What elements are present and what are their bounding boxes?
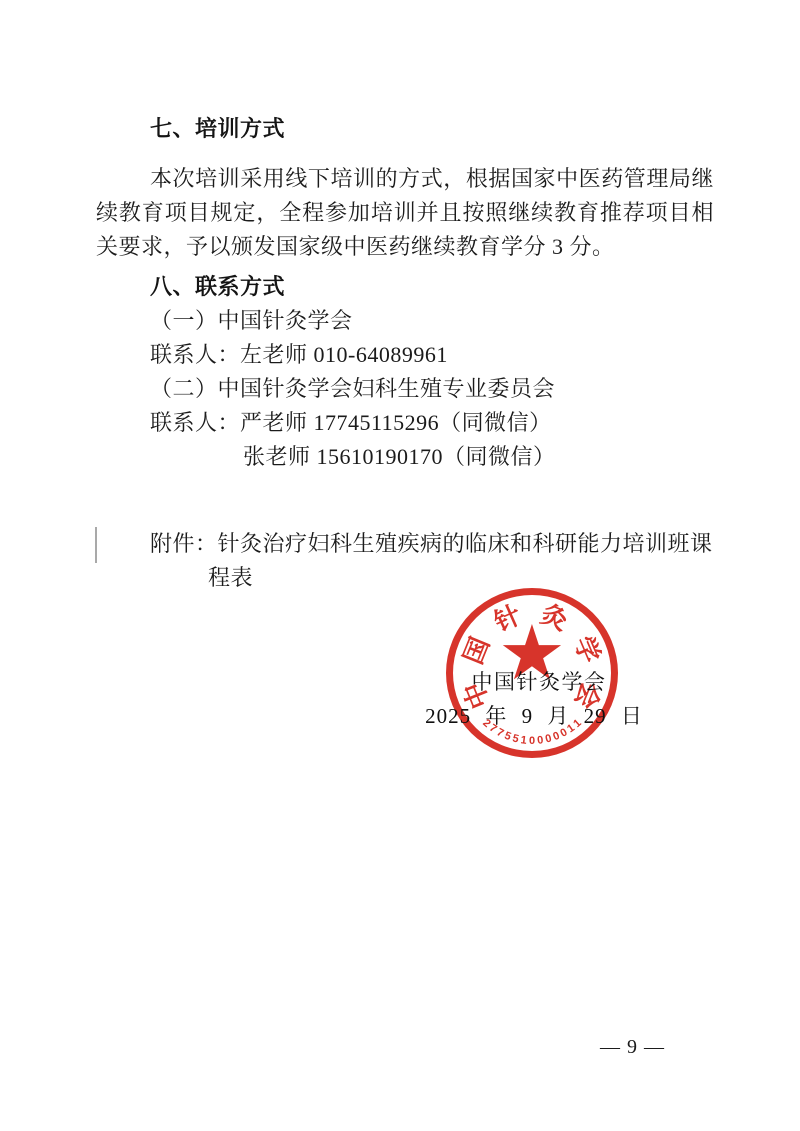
signature-date: 2025 年 9 月 29 日 <box>424 700 644 730</box>
main-text-block: 七、培训方式 本次培训采用线下培训的方式，根据国家中医药管理局继续教育项目规定，… <box>96 112 714 474</box>
document-page: 七、培训方式 本次培训采用线下培训的方式，根据国家中医药管理局继续教育项目规定，… <box>0 0 800 1131</box>
contact-line-person-2: 联系人：严老师 17745115296（同微信） <box>96 406 714 440</box>
contact-line-org-2: （二）中国针灸学会妇科生殖专业委员会 <box>96 372 714 406</box>
attachment-text: 针灸治疗妇科生殖疾病的临床和科研能力培训班课程表 <box>208 531 713 590</box>
signature-organization: 中国针灸学会 <box>439 666 639 696</box>
section-7-heading: 七、培训方式 <box>96 112 714 146</box>
attachment-label: 附件： <box>150 531 218 556</box>
contact-line-org-1: （一）中国针灸学会 <box>96 304 714 338</box>
contact-line-person-3: 张老师 15610190170（同微信） <box>96 440 714 474</box>
section-8-heading: 八、联系方式 <box>96 270 714 304</box>
contact-line-person-1: 联系人：左老师 010-64089961 <box>96 338 714 372</box>
page-number: — 9 — <box>600 1036 690 1059</box>
section-7-paragraph: 本次培训采用线下培训的方式，根据国家中医药管理局继续教育项目规定，全程参加培训并… <box>96 162 714 264</box>
attachment-note: 附件：针灸治疗妇科生殖疾病的临床和科研能力培训班课程表 <box>96 527 716 595</box>
